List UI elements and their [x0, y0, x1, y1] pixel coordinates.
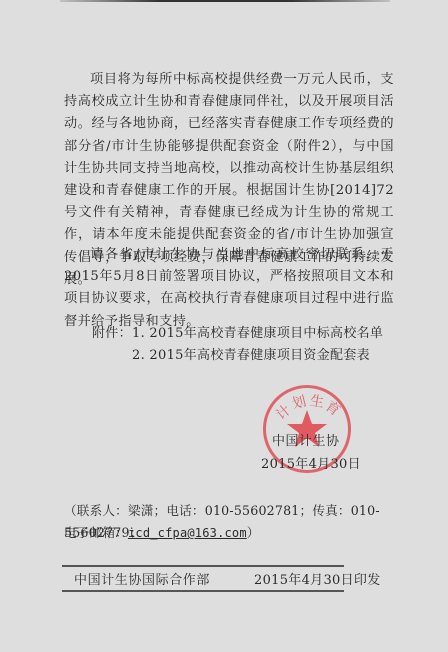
email-close: ）: [247, 525, 260, 540]
footer-rule-top: [62, 565, 344, 567]
document-page: 项目将为每所中标高校提供经费一万元人民币，支持高校成立计生协和青春健康同伴社，以…: [0, 0, 448, 652]
footer-issuer: 中国计生协国际合作部: [74, 569, 210, 588]
email-line: 电子邮箱：icd_cfpa@163.com）: [64, 522, 404, 544]
footer-issue-date: 2015年4月30日印发: [254, 569, 381, 588]
signature-date: 2015年4月30日: [261, 453, 361, 472]
email-link[interactable]: icd_cfpa@163.com: [128, 526, 247, 540]
attachment-item-1: 1. 2015年高校青春健康项目中标高校名单: [132, 323, 383, 345]
email-label: 电子邮箱：: [64, 525, 128, 540]
top-scan-edge: [60, 0, 390, 2]
signature-organization: 中国计生协: [272, 430, 340, 449]
body-paragraph-2: 请各省/市计生协与当地中标高校密切联系，于2015年5月8日前签署项目协议，严格…: [64, 244, 394, 333]
attachment-item-2: 2. 2015年高校青春健康项目资金配套表: [132, 345, 370, 367]
attachments-label: 附件：: [92, 323, 132, 345]
footer-rule-bottom: [62, 590, 344, 592]
